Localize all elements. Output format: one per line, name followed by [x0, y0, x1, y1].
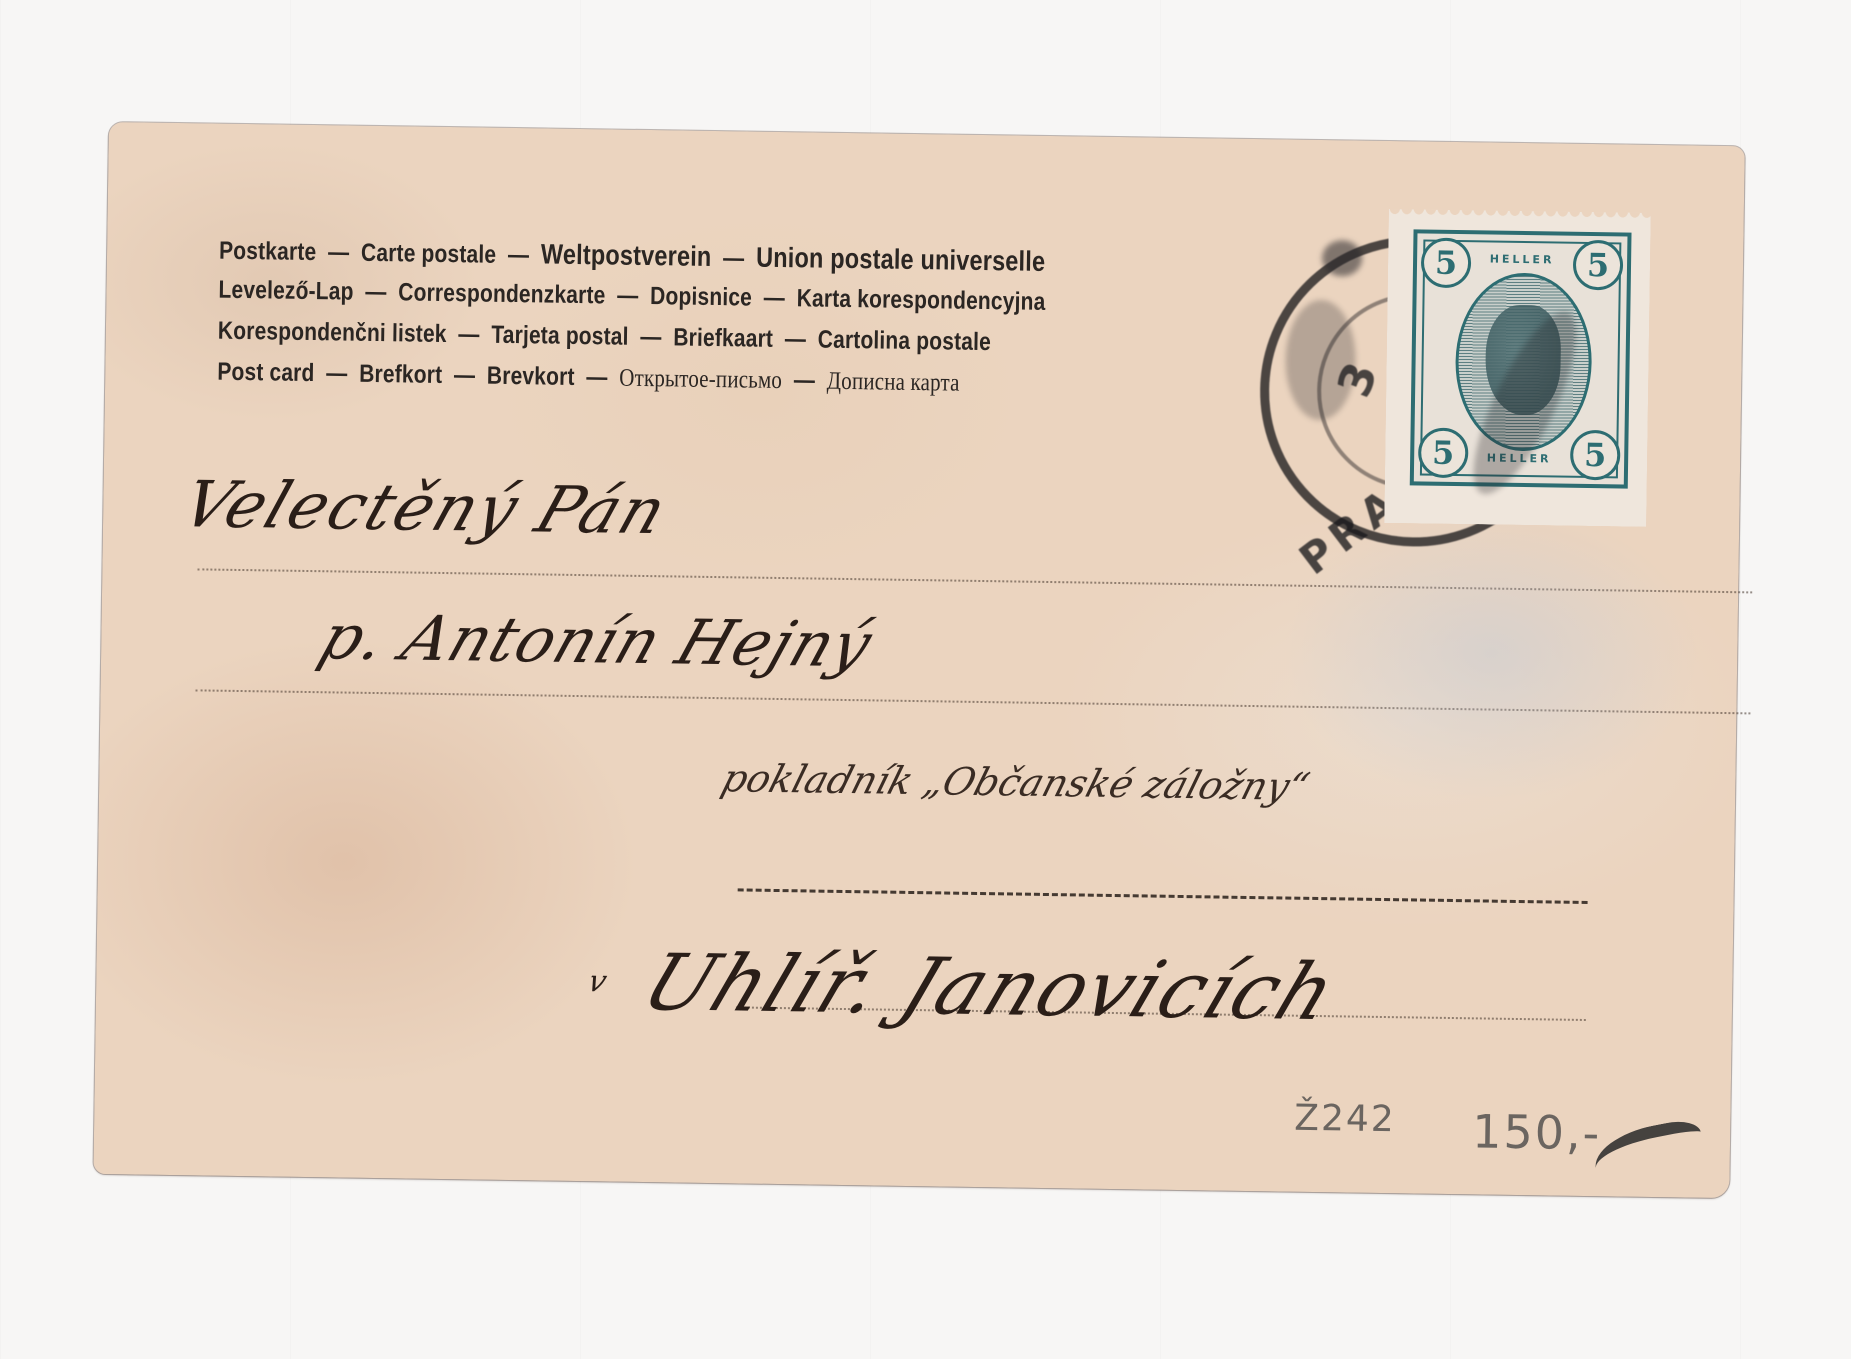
header-term: Brevkort: [487, 362, 575, 391]
handwritten-name: p. Antonín Hejný: [311, 600, 882, 681]
handwritten-title: pokladník „Občanské záložny“: [717, 756, 1314, 808]
printed-multilingual-header: Postkarte—Carte postale—Weltpostverein—U…: [217, 229, 1152, 407]
header-separator: —: [752, 284, 797, 313]
header-separator: —: [711, 244, 756, 273]
header-separator: —: [442, 361, 487, 390]
header-term: Dopisnice: [650, 282, 752, 312]
header-term: Postkarte: [219, 237, 317, 266]
header-separator: —: [496, 241, 541, 270]
header-term: Дописна карта: [827, 368, 960, 397]
header-separator: —: [316, 238, 361, 267]
header-term: Tarjeta postal: [491, 321, 629, 351]
header-separator: —: [574, 363, 619, 392]
pencil-reference-number: Ž242: [1294, 1098, 1396, 1140]
header-term: Weltpostverein: [541, 238, 712, 272]
header-term: Post card: [217, 358, 315, 387]
address-line-3-solid: [738, 888, 1588, 904]
handwritten-place-prefix: v: [584, 964, 611, 999]
header-separator: —: [773, 325, 818, 354]
header-term: Открытое-письмо: [619, 365, 782, 394]
header-term: Karta korespondencyjna: [797, 284, 1046, 316]
handwritten-place: Uhlíř. Janovicích: [631, 938, 1350, 1038]
header-term: Briefkaart: [673, 323, 773, 352]
header-separator: —: [628, 323, 673, 352]
header-term: Korespondenčni listek: [218, 317, 447, 348]
header-separator: —: [782, 366, 827, 395]
header-term: Union postale universelle: [756, 242, 1046, 277]
header-term: Correspondenzkarte: [398, 278, 606, 309]
handwritten-salutation: Velectěný Pán: [173, 468, 677, 549]
header-term: Brefkort: [359, 360, 442, 389]
header-separator: —: [605, 281, 650, 310]
header-term: Levelező-Lap: [218, 276, 353, 306]
header-separator: —: [314, 359, 359, 388]
postcard: Postkarte—Carte postale—Weltpostverein—U…: [93, 122, 1744, 1198]
header-term: Carte postale: [361, 239, 497, 269]
header-separator: —: [446, 320, 491, 349]
pencil-price: 150,-: [1472, 1104, 1602, 1160]
header-separator: —: [353, 278, 398, 307]
corner-cancel-mark: [1590, 1117, 1708, 1189]
header-term: Cartolina postale: [818, 326, 992, 357]
